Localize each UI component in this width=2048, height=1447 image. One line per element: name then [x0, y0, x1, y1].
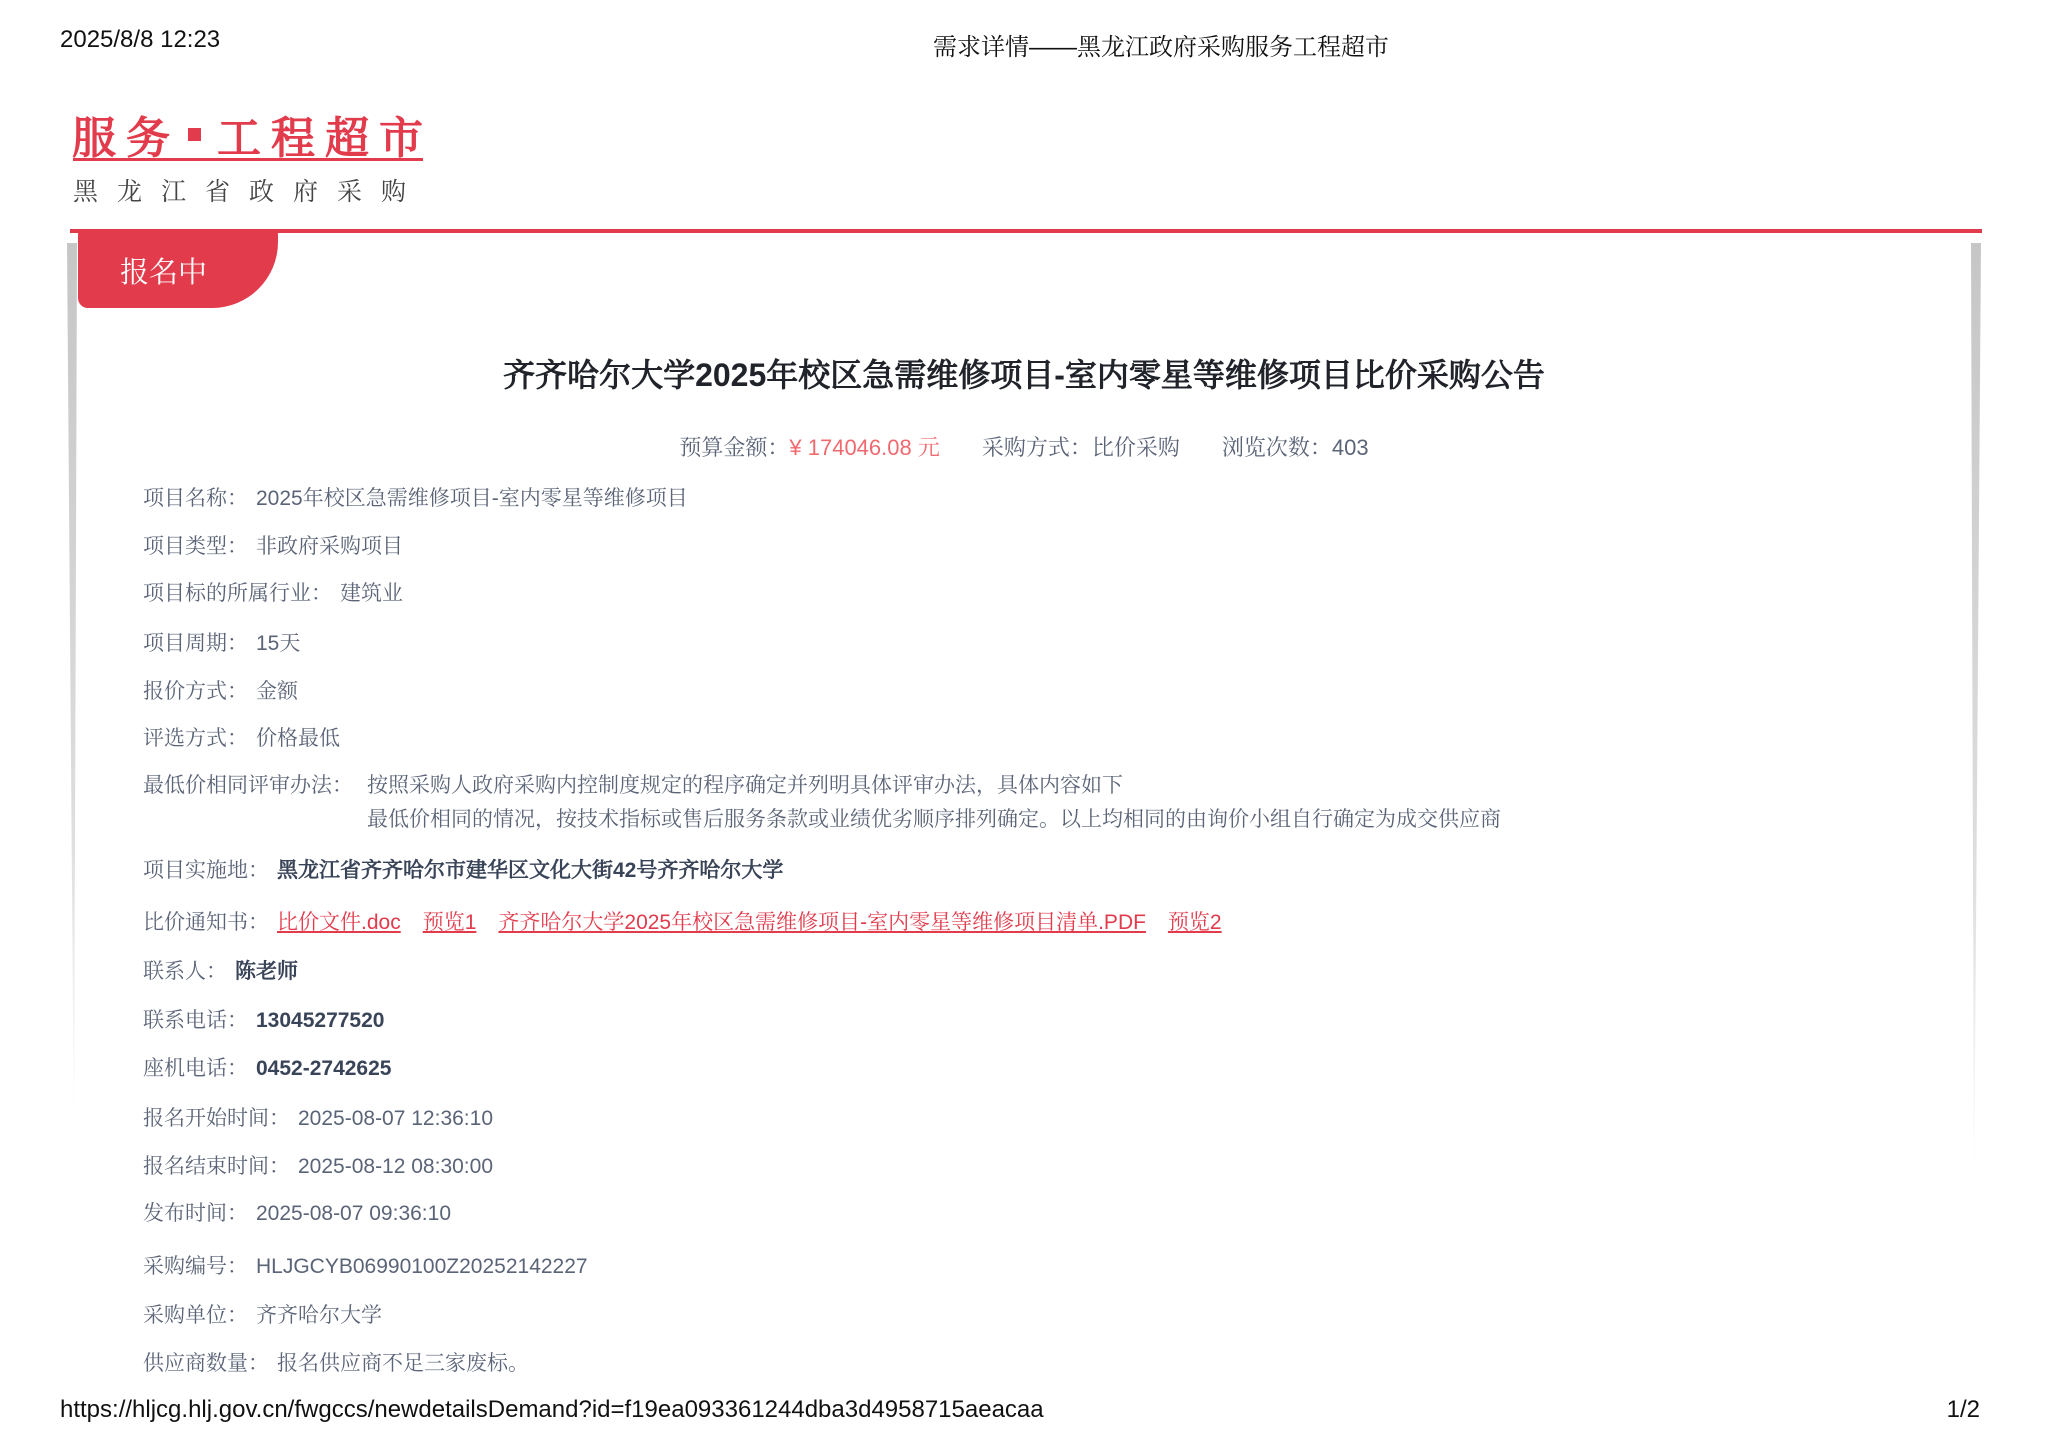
doc-link-compare-file[interactable]: 比价文件.doc — [277, 911, 401, 934]
header-divider — [70, 229, 1982, 233]
field-label: 采购单位： — [143, 1304, 248, 1327]
logo-subtitle: 黑龙江省政府采购 — [73, 172, 425, 208]
field-label: 评选方式： — [143, 727, 248, 750]
views-label: 浏览次数： — [1222, 435, 1332, 460]
method-label: 采购方式： — [982, 435, 1092, 460]
doc-link-list-pdf[interactable]: 齐齐哈尔大学2025年校区急需维修项目-室内零星等维修项目清单.PDF — [498, 911, 1146, 934]
method-value: 比价采购 — [1092, 435, 1180, 460]
field-value: 15天 — [256, 632, 300, 655]
field-value: 2025-08-07 12:36:10 — [298, 1107, 493, 1130]
budget-label: 预算金额： — [679, 435, 789, 460]
field-row-landline: 座机电话：0452-2742625 — [143, 1052, 391, 1082]
field-row-project-type: 项目类型：非政府采购项目 — [143, 530, 403, 560]
field-label: 联系电话： — [143, 1009, 248, 1032]
field-value: 13045277520 — [256, 1009, 384, 1032]
field-label: 座机电话： — [143, 1057, 248, 1080]
field-value: 建筑业 — [340, 582, 403, 605]
field-label: 联系人： — [143, 960, 227, 983]
field-row-duration: 项目周期：15天 — [143, 627, 300, 657]
field-value: 齐齐哈尔大学 — [256, 1304, 382, 1327]
field-label: 最低价相同评审办法： — [143, 769, 353, 803]
field-row-industry: 项目标的所属行业：建筑业 — [143, 577, 403, 607]
field-value: 黑龙江省齐齐哈尔市建华区文化大街42号齐齐哈尔大学 — [277, 859, 783, 882]
field-label: 项目名称： — [143, 487, 248, 510]
tie-break-line1: 按照采购人政府采购内控制度规定的程序确定并列明具体评审办法，具体内容如下 — [367, 769, 1501, 803]
field-value: 价格最低 — [256, 727, 340, 750]
views-value: 403 — [1332, 435, 1369, 460]
field-value-multiline: 按照采购人政府采购内控制度规定的程序确定并列明具体评审办法，具体内容如下 最低价… — [367, 769, 1501, 837]
field-row-contact-person: 联系人：陈老师 — [143, 955, 298, 985]
field-value: 金额 — [256, 680, 298, 703]
field-value: 陈老师 — [235, 960, 298, 983]
status-badge: 报名中 — [78, 233, 278, 308]
preview2-link[interactable]: 预览2 — [1168, 911, 1222, 934]
field-row-selection-method: 评选方式：价格最低 — [143, 722, 340, 752]
views-item: 浏览次数：403 — [1222, 431, 1369, 462]
field-label: 项目周期： — [143, 632, 248, 655]
field-row-tie-break-rule: 最低价相同评审办法： 按照采购人政府采购内控制度规定的程序确定并列明具体评审办法… — [143, 769, 1501, 837]
field-label: 发布时间： — [143, 1202, 248, 1225]
field-label: 报价方式： — [143, 680, 248, 703]
field-label: 比价通知书： — [143, 911, 269, 934]
logo-underline — [73, 158, 423, 161]
field-value: 2025-08-12 08:30:00 — [298, 1155, 493, 1178]
field-label: 项目实施地： — [143, 859, 269, 882]
method-item: 采购方式：比价采购 — [982, 431, 1180, 462]
site-logo: 服务 工程超市 — [72, 102, 433, 166]
field-row-signup-start: 报名开始时间：2025-08-07 12:36:10 — [143, 1102, 493, 1132]
field-value: 非政府采购项目 — [256, 535, 403, 558]
field-row-notice-docs: 比价通知书：比价文件.doc预览1齐齐哈尔大学2025年校区急需维修项目-室内零… — [143, 906, 1244, 936]
field-row-location: 项目实施地：黑龙江省齐齐哈尔市建华区文化大街42号齐齐哈尔大学 — [143, 854, 783, 884]
field-label: 报名结束时间： — [143, 1155, 290, 1178]
print-footer-url: https://hljcg.hlj.gov.cn/fwgccs/newdetai… — [60, 1396, 1044, 1424]
field-row-purchaser: 采购单位：齐齐哈尔大学 — [143, 1299, 382, 1329]
field-row-signup-end: 报名结束时间：2025-08-12 08:30:00 — [143, 1150, 493, 1180]
field-label: 项目标的所属行业： — [143, 582, 332, 605]
field-row-quote-method: 报价方式：金额 — [143, 675, 298, 705]
logo-text-part2: 工程超市 — [217, 102, 433, 166]
preview1-link[interactable]: 预览1 — [423, 911, 477, 934]
logo-text-part1: 服务 — [72, 102, 180, 166]
print-header-datetime: 2025/8/8 12:23 — [60, 26, 220, 54]
field-label: 项目类型： — [143, 535, 248, 558]
field-value: 报名供应商不足三家废标。 — [277, 1352, 529, 1375]
field-value: 2025-08-07 09:36:10 — [256, 1202, 451, 1225]
field-label: 报名开始时间： — [143, 1107, 290, 1130]
square-bullet-icon — [188, 128, 201, 141]
field-row-procurement-no: 采购编号：HLJGCYB06990100Z20252142227 — [143, 1250, 588, 1280]
field-value: 0452-2742625 — [256, 1057, 391, 1080]
field-row-contact-phone: 联系电话：13045277520 — [143, 1004, 384, 1034]
tie-break-line2: 最低价相同的情况，按技术指标或售后服务条款或业绩优劣顺序排列确定。以上均相同的由… — [367, 803, 1501, 837]
page-title: 齐齐哈尔大学2025年校区急需维修项目-室内零星等维修项目比价采购公告 — [0, 350, 2048, 396]
field-label: 供应商数量： — [143, 1352, 269, 1375]
field-label: 采购编号： — [143, 1255, 248, 1278]
print-footer-page-number: 1/2 — [1947, 1396, 1980, 1424]
summary-line: 预算金额：¥ 174046.08 元 采购方式：比价采购 浏览次数：403 — [0, 431, 2048, 462]
field-value: 2025年校区急需维修项目-室内零星等维修项目 — [256, 487, 688, 510]
status-badge-label: 报名中 — [120, 250, 207, 291]
print-header-title: 需求详情——黑龙江政府采购服务工程超市 — [933, 27, 1389, 62]
field-row-supplier-count: 供应商数量：报名供应商不足三家废标。 — [143, 1347, 529, 1377]
budget-item: 预算金额：¥ 174046.08 元 — [679, 431, 939, 462]
budget-amount: ¥ 174046.08 元 — [789, 435, 939, 460]
field-value: HLJGCYB06990100Z20252142227 — [256, 1255, 588, 1278]
field-row-publish-time: 发布时间：2025-08-07 09:36:10 — [143, 1197, 451, 1227]
field-row-project-name: 项目名称：2025年校区急需维修项目-室内零星等维修项目 — [143, 482, 688, 512]
